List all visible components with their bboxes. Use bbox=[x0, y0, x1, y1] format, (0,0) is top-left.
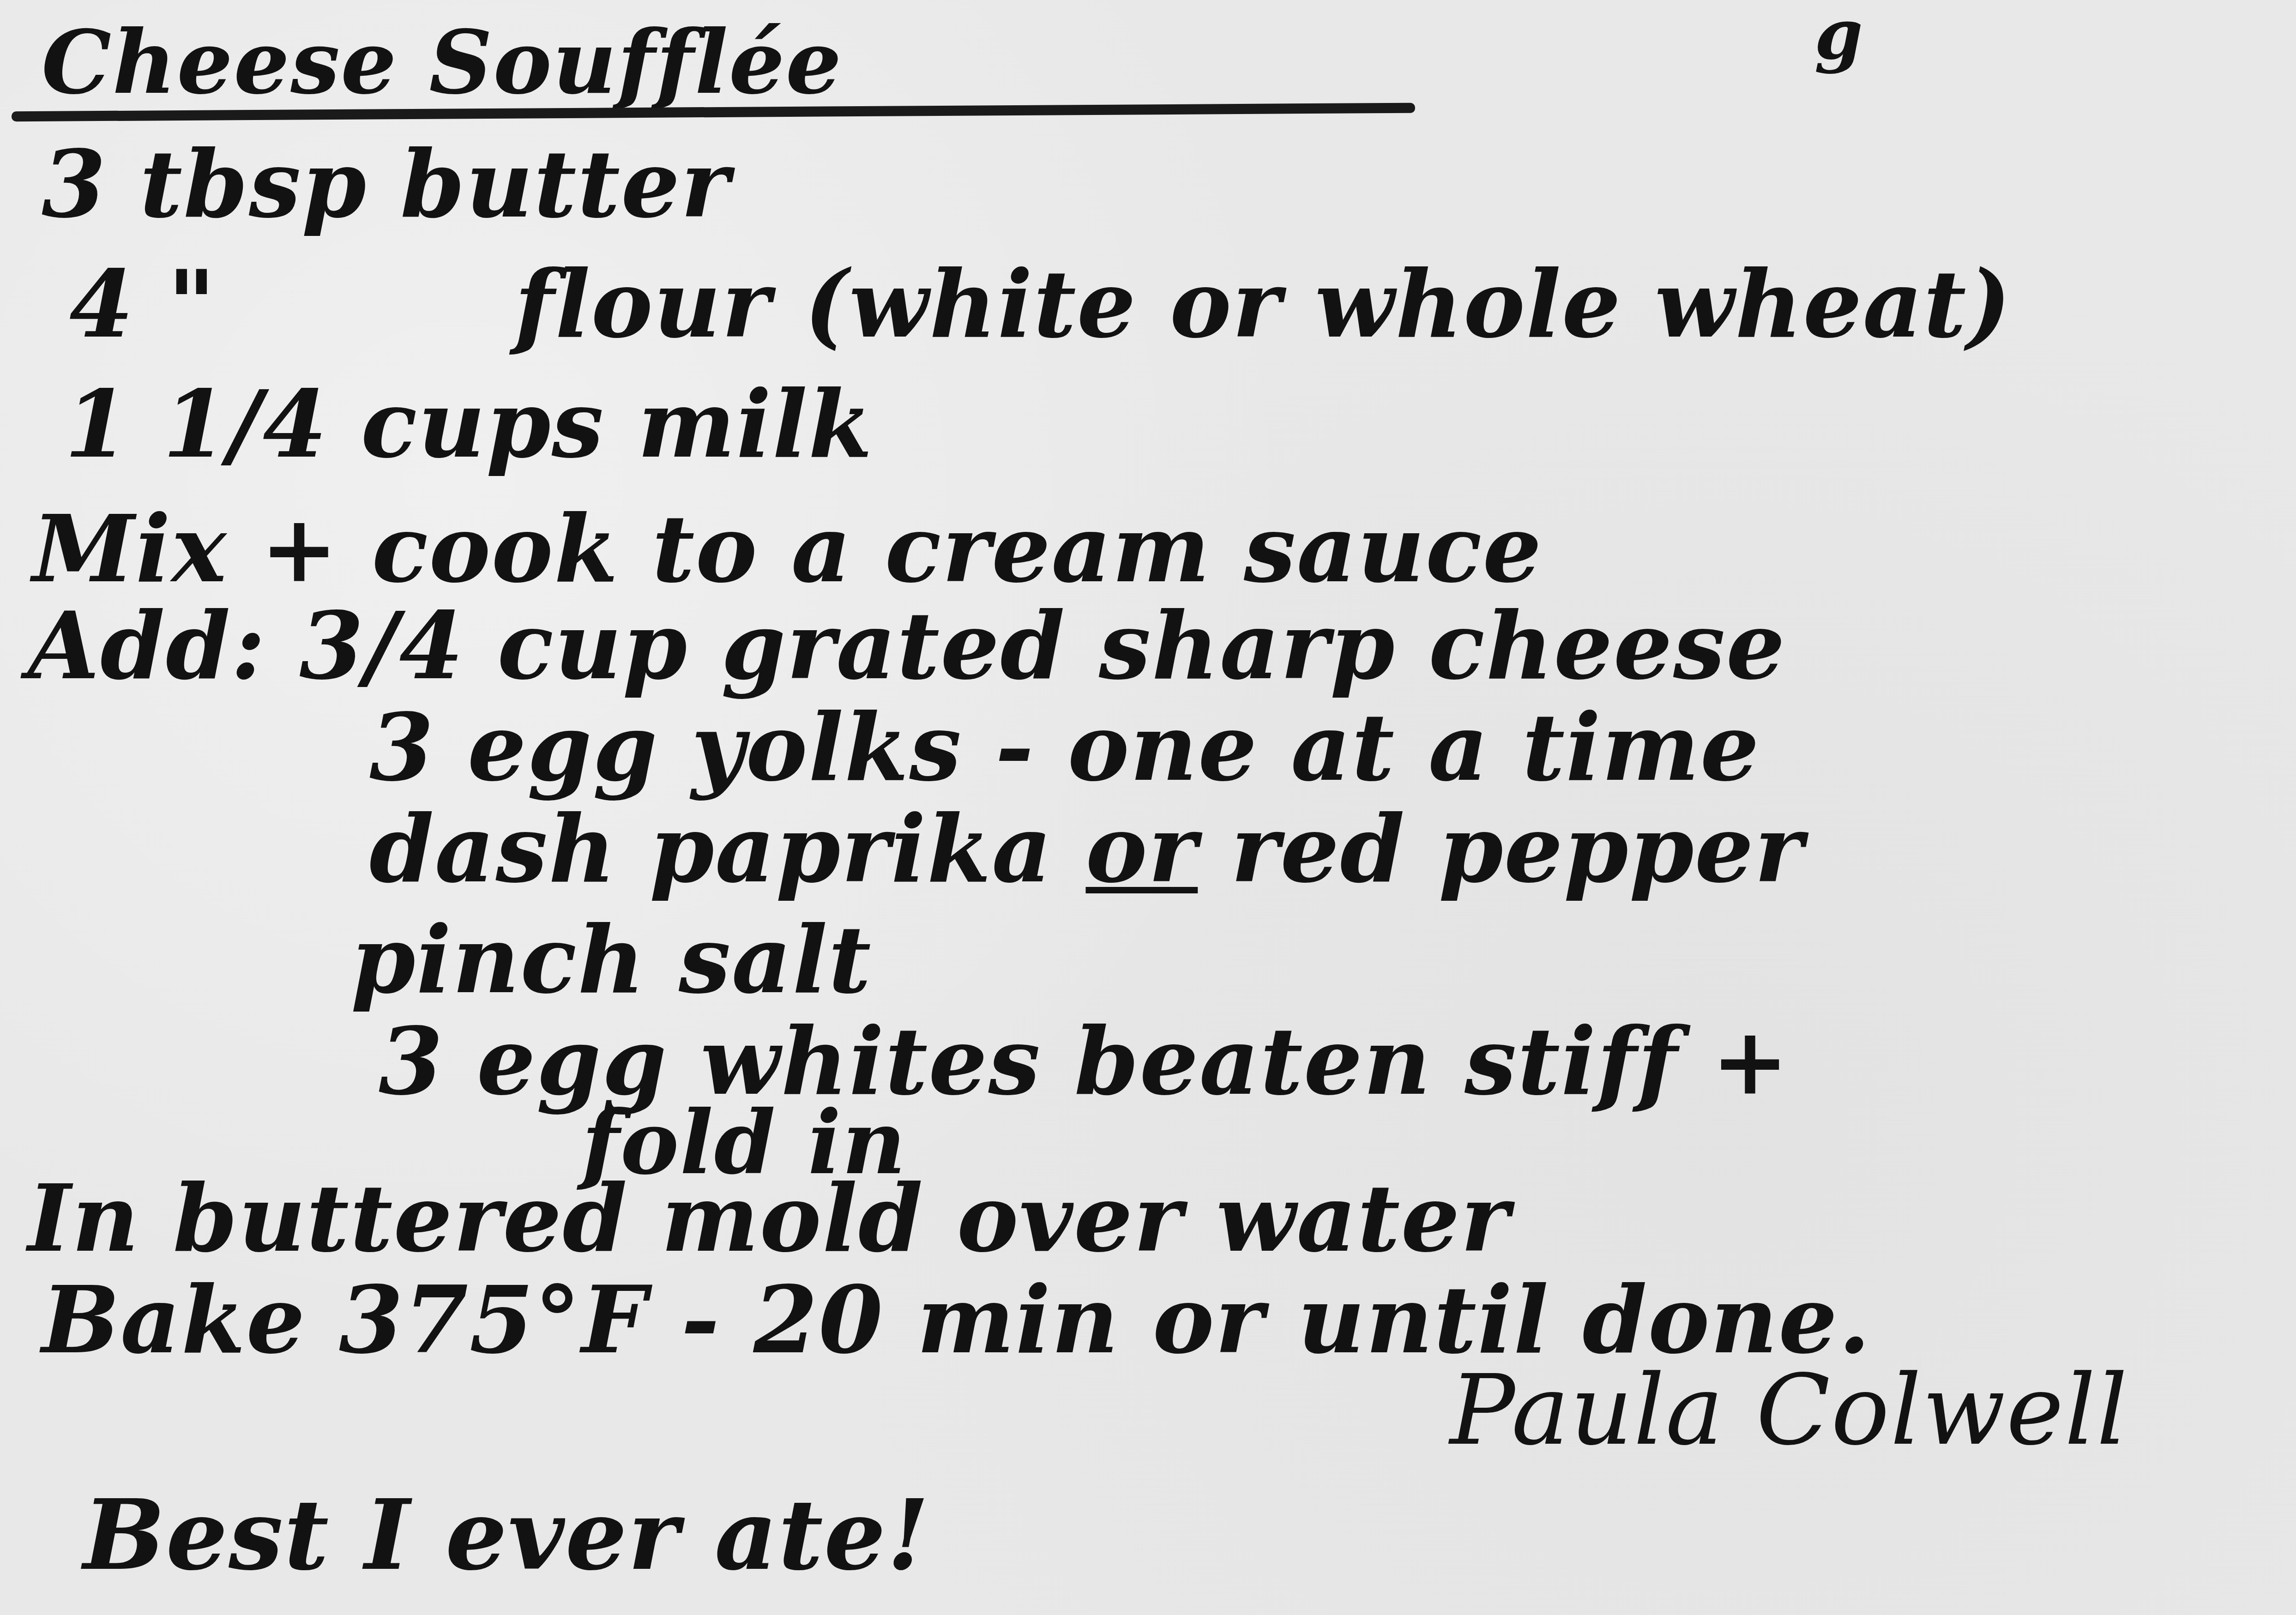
red-pepper-text: red pepper bbox=[1198, 795, 1804, 904]
ingredient-qty: 3 tbsp bbox=[42, 130, 367, 239]
add-item-egg-yolks: 3 egg yolks - one at a time bbox=[369, 702, 1760, 794]
ditto-mark: " bbox=[168, 259, 482, 351]
recipe-title: Cheese Soufflée bbox=[42, 18, 843, 106]
add-item-paprika: dash paprika or red pepper bbox=[369, 803, 1804, 896]
ingredient-milk: 1 1/4 cups milk bbox=[65, 379, 873, 471]
ingredient-flour: 4 " flour (white or whole wheat) bbox=[69, 259, 2012, 351]
step-mold: In buttered mold over water bbox=[28, 1173, 1510, 1265]
ingredient-qty: 1 1/4 cups bbox=[65, 370, 604, 479]
add-item-salt: pinch salt bbox=[351, 914, 872, 1006]
ingredient-butter: 3 tbsp butter bbox=[42, 139, 730, 231]
underlined-or: or bbox=[1086, 795, 1198, 904]
cut-off-letter-fragment: g bbox=[1814, 0, 1864, 69]
add-label: Add: bbox=[28, 592, 266, 700]
step-bake: Bake 375°F - 20 min or until done. bbox=[42, 1274, 1871, 1367]
signature: Paula Colwell bbox=[1450, 1362, 2128, 1459]
ingredient-item: flour (white or whole wheat) bbox=[514, 250, 2012, 359]
ingredient-item: butter bbox=[400, 130, 730, 239]
paprika-text: dash paprika bbox=[369, 795, 1086, 904]
step-add: Add: 3/4 cup grated sharp cheese bbox=[28, 600, 1786, 693]
recipe-card: g Cheese Soufflée 3 tbsp butter 4 " flou… bbox=[0, 0, 2296, 1615]
closing-note: Best I ever ate! bbox=[83, 1487, 930, 1584]
ingredient-qty: 4 bbox=[69, 250, 134, 359]
add-item-cheese: 3/4 cup grated sharp cheese bbox=[299, 592, 1786, 700]
step-mix: Mix + cook to a cream sauce bbox=[32, 503, 1543, 596]
ingredient-item: milk bbox=[638, 370, 873, 479]
